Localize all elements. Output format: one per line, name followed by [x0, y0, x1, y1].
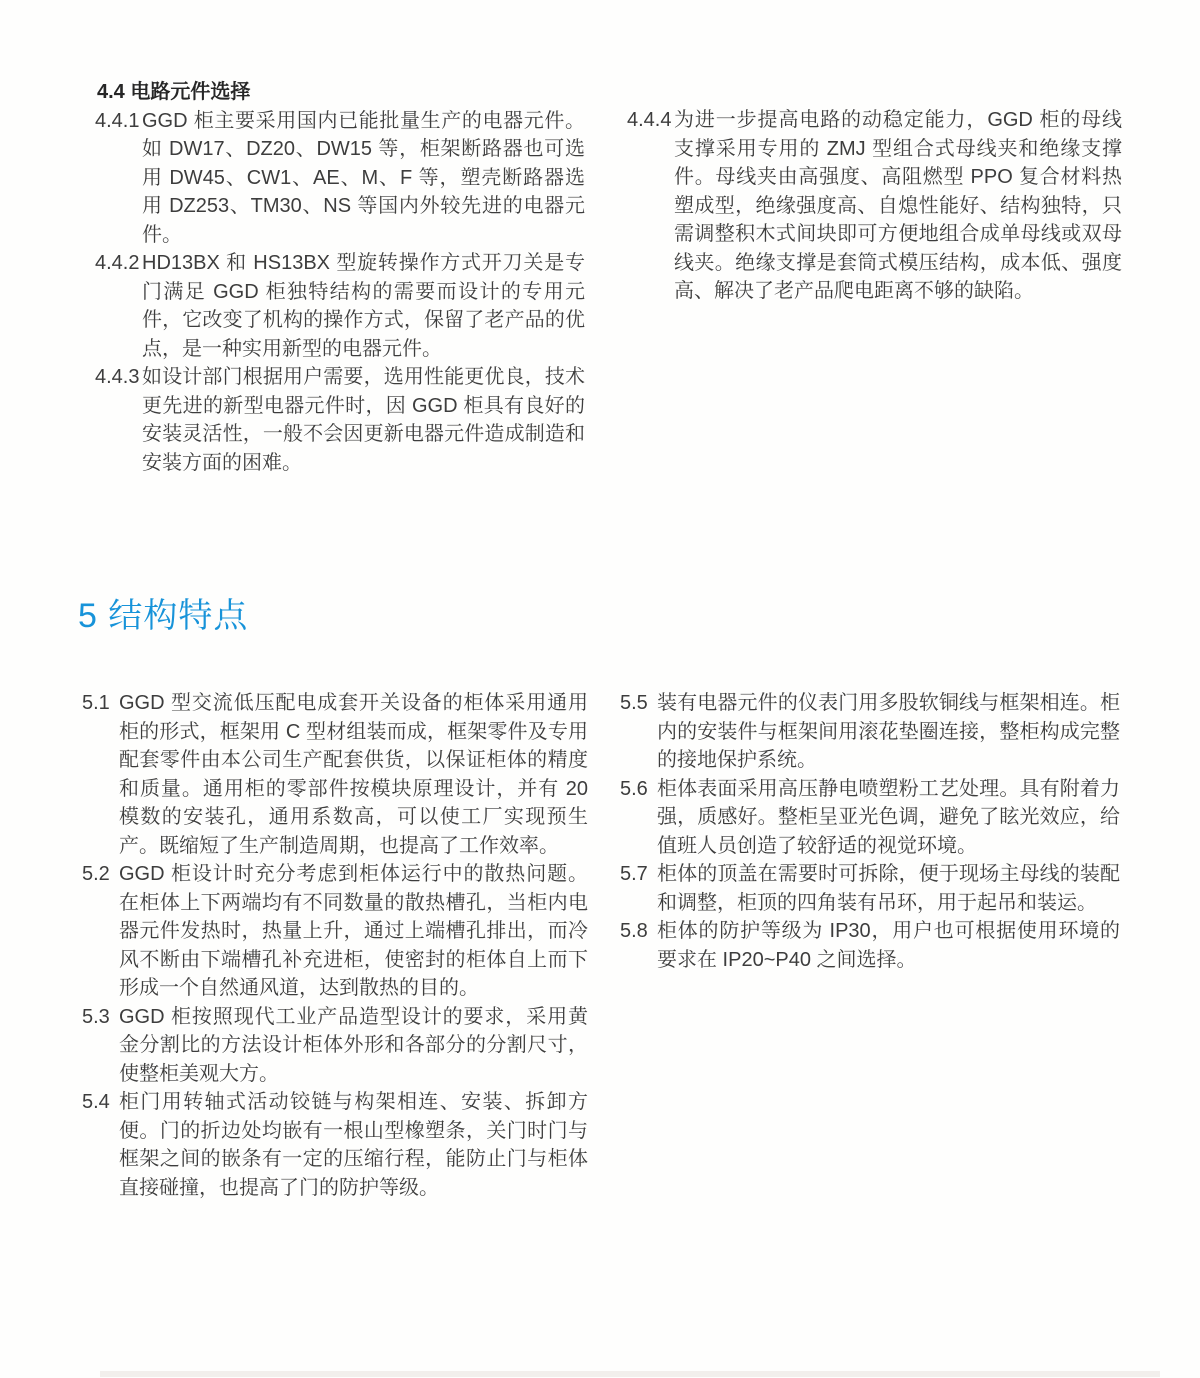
paragraph-number: 5.2 — [82, 860, 119, 1003]
paragraph-text: HD13BX 和 HS13BX 型旋转操作方式开刀关是专门满足 GGD 柜独特结… — [142, 249, 585, 363]
paragraph-text: GGD 柜设计时充分考虑到柜体运行中的散热问题。在柜体上下两端均有不同数量的散热… — [119, 860, 588, 1003]
paragraph-number: 5.4 — [82, 1088, 119, 1202]
paragraph-5-7: 5.7 柜体的顶盖在需要时可拆除，便于现场主母线的装配和调整，柜顶的四角装有吊环… — [620, 860, 1120, 917]
paragraph-number: 5.7 — [620, 860, 657, 917]
paragraph-number: 5.6 — [620, 775, 657, 861]
section-4-4-right-column: 4.4.4 为进一步提高电路的动稳定能力，GGD 柜的母线支撑采用专用的 ZMJ… — [627, 106, 1122, 306]
paragraph-number: 4.4.4 — [627, 106, 674, 306]
paragraph-5-3: 5.3 GGD 柜按照现代工业产品造型设计的要求，采用黄金分割比的方法设计柜体外… — [82, 1003, 588, 1089]
paragraph-text: GGD 柜按照现代工业产品造型设计的要求，采用黄金分割比的方法设计柜体外形和各部… — [119, 1003, 588, 1089]
paragraph-number: 4.4.2 — [95, 249, 142, 363]
paragraph-5-4: 5.4 柜门用转轴式活动铰链与构架相连、安装、拆卸方便。门的折边处均嵌有一根山型… — [82, 1088, 588, 1202]
section-5-left-column: 5.1 GGD 型交流低压配电成套开关设备的柜体采用通用柜的形式，框架用 C 型… — [82, 689, 588, 1202]
paragraph-5-5: 5.5 装有电器元件的仪表门用多股软铜线与框架相连。柜内的安装件与框架间用滚花垫… — [620, 689, 1120, 775]
paragraph-4-4-3: 4.4.3 如设计部门根据用户需要，选用性能更优良，技术更先进的新型电器元件时，… — [95, 363, 585, 477]
paragraph-5-1: 5.1 GGD 型交流低压配电成套开关设备的柜体采用通用柜的形式，框架用 C 型… — [82, 689, 588, 860]
paragraph-text: 装有电器元件的仪表门用多股软铜线与框架相连。柜内的安装件与框架间用滚花垫圈连接，… — [657, 689, 1120, 775]
paragraph-4-4-4: 4.4.4 为进一步提高电路的动稳定能力，GGD 柜的母线支撑采用专用的 ZMJ… — [627, 106, 1122, 306]
paragraph-text: 为进一步提高电路的动稳定能力，GGD 柜的母线支撑采用专用的 ZMJ 型组合式母… — [674, 106, 1122, 306]
section-4-4-left-column: 4.4 电路元件选择 4.4.1 GGD 柜主要采用国内已能批量生产的电器元件。… — [95, 78, 585, 477]
paragraph-number: 4.4.1 — [95, 107, 142, 250]
paragraph-4-4-2: 4.4.2 HD13BX 和 HS13BX 型旋转操作方式开刀关是专门满足 GG… — [95, 249, 585, 363]
paragraph-text: 如设计部门根据用户需要，选用性能更优良，技术更先进的新型电器元件时，因 GGD … — [142, 363, 585, 477]
paragraph-text: 柜体表面采用高压静电喷塑粉工艺处理。具有附着力强，质感好。整柜呈亚光色调，避免了… — [657, 775, 1120, 861]
paragraph-5-6: 5.6 柜体表面采用高压静电喷塑粉工艺处理。具有附着力强，质感好。整柜呈亚光色调… — [620, 775, 1120, 861]
paragraph-4-4-1: 4.4.1 GGD 柜主要采用国内已能批量生产的电器元件。如 DW17、DZ20… — [95, 107, 585, 250]
paragraph-5-8: 5.8 柜体的防护等级为 IP30，用户也可根据使用环境的要求在 IP20~P4… — [620, 917, 1120, 974]
paragraph-number: 5.1 — [82, 689, 119, 860]
paragraph-number: 5.3 — [82, 1003, 119, 1089]
paragraph-text: 柜体的防护等级为 IP30，用户也可根据使用环境的要求在 IP20~P40 之间… — [657, 917, 1120, 974]
paragraph-text: GGD 型交流低压配电成套开关设备的柜体采用通用柜的形式，框架用 C 型材组装而… — [119, 689, 588, 860]
section-4-4-heading: 4.4 电路元件选择 — [97, 78, 585, 107]
footer-divider — [100, 1371, 1160, 1377]
paragraph-text: 柜体的顶盖在需要时可拆除，便于现场主母线的装配和调整，柜顶的四角装有吊环，用于起… — [657, 860, 1120, 917]
paragraph-text: GGD 柜主要采用国内已能批量生产的电器元件。如 DW17、DZ20、DW15 … — [142, 107, 585, 250]
paragraph-number: 4.4.3 — [95, 363, 142, 477]
paragraph-text: 柜门用转轴式活动铰链与构架相连、安装、拆卸方便。门的折边处均嵌有一根山型橡塑条，… — [119, 1088, 588, 1202]
paragraph-number: 5.8 — [620, 917, 657, 974]
section-5-right-column: 5.5 装有电器元件的仪表门用多股软铜线与框架相连。柜内的安装件与框架间用滚花垫… — [620, 689, 1120, 974]
paragraph-number: 5.5 — [620, 689, 657, 775]
section-5-heading: 5 结构特点 — [78, 594, 248, 638]
paragraph-5-2: 5.2 GGD 柜设计时充分考虑到柜体运行中的散热问题。在柜体上下两端均有不同数… — [82, 860, 588, 1003]
document-page: 4.4 电路元件选择 4.4.1 GGD 柜主要采用国内已能批量生产的电器元件。… — [0, 0, 1200, 1378]
